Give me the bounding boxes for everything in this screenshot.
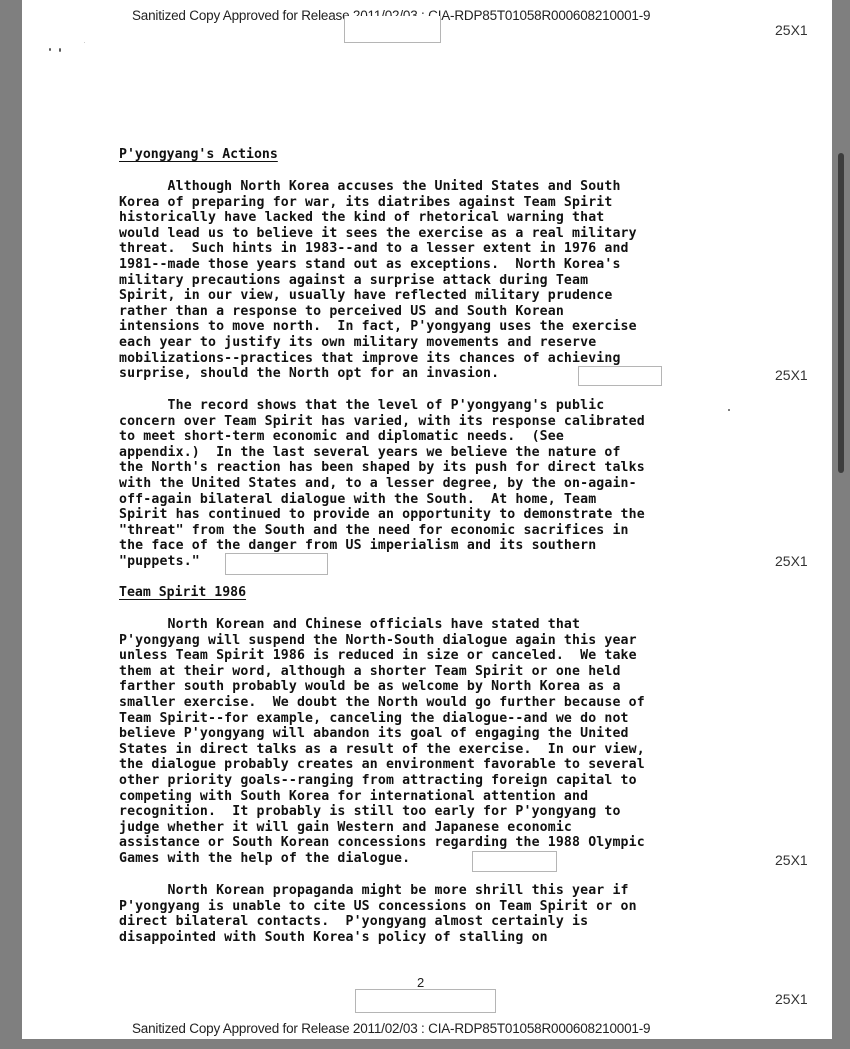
redaction-marker-bottom: 25X1 <box>775 991 808 1007</box>
redaction-marker: 25X1 <box>775 367 808 383</box>
redaction-box <box>225 553 328 575</box>
scan-speck <box>728 409 730 411</box>
paragraph: Although North Korea accuses the United … <box>119 179 637 382</box>
scan-speck <box>49 48 51 51</box>
document-page: Sanitized Copy Approved for Release 2011… <box>22 0 832 1039</box>
release-stamp-bottom: Sanitized Copy Approved for Release 2011… <box>132 1021 650 1036</box>
page-number: 2 <box>417 975 424 990</box>
paragraph: North Korean propaganda might be more sh… <box>119 883 637 945</box>
redaction-marker-top: 25X1 <box>775 22 808 38</box>
section-heading-team-spirit-1986: Team Spirit 1986 <box>119 585 246 600</box>
paragraph: The record shows that the level of P'yon… <box>119 398 645 570</box>
redaction-box-top <box>344 16 441 43</box>
document-viewer: Sanitized Copy Approved for Release 2011… <box>0 0 850 1049</box>
paragraph: North Korean and Chinese officials have … <box>119 617 645 867</box>
scan-speck <box>59 48 61 52</box>
section-heading-pyongyang-actions: P'yongyang's Actions <box>119 147 278 162</box>
scan-speck <box>84 42 85 43</box>
redaction-marker: 25X1 <box>775 852 808 868</box>
redaction-box-bottom <box>355 989 496 1013</box>
redaction-box <box>472 851 557 872</box>
scrollbar-thumb[interactable] <box>838 153 844 473</box>
redaction-marker: 25X1 <box>775 553 808 569</box>
redaction-box <box>578 366 662 386</box>
